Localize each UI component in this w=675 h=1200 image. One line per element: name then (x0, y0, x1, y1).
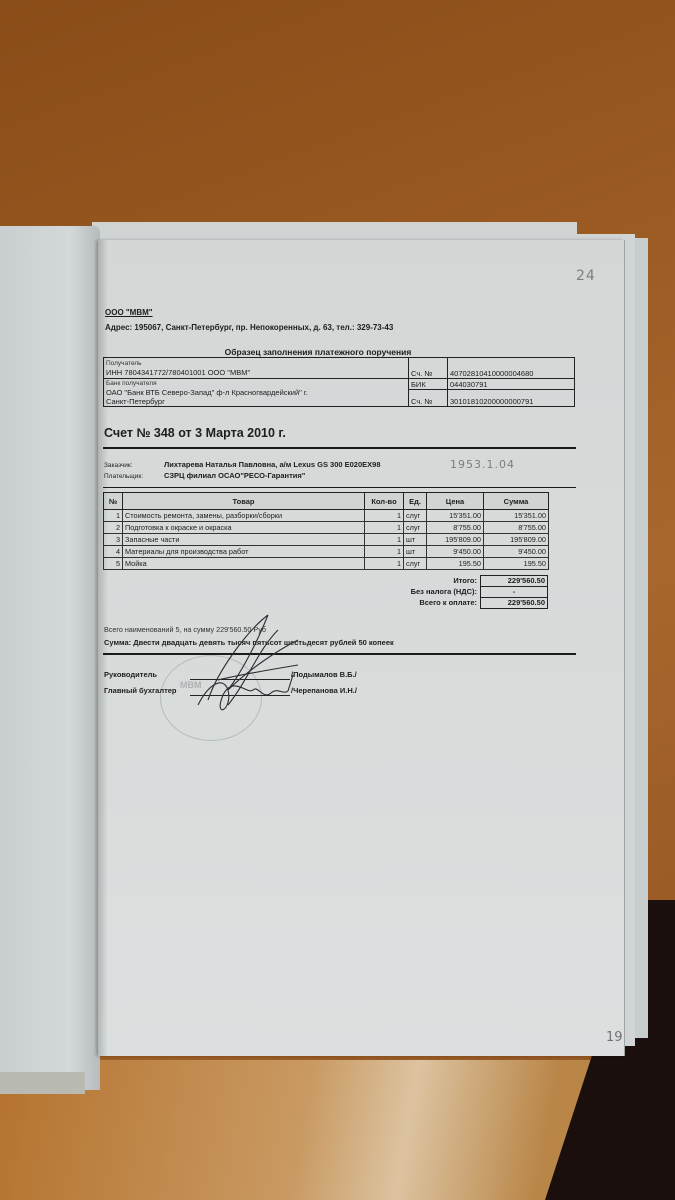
table-row: 3Запасные части1шт195'809.00195'809.00 (104, 534, 549, 546)
row-price: 9'450.00 (427, 546, 484, 558)
accountant-signature (193, 665, 303, 725)
bik-value: 044030791 (448, 379, 575, 390)
row-price: 15'351.00 (427, 510, 484, 522)
row-unit: слуг (404, 558, 427, 570)
page-number: 19 (606, 1030, 623, 1045)
totals-table: Итого: 229'560.50 Без налога (НДС): - Вс… (348, 575, 548, 609)
corr-account-value: 30101810200000000791 (448, 390, 575, 407)
corner-mark-top: 24 (576, 268, 596, 284)
table-row: 4Материалы для производства работ1шт9'45… (104, 546, 549, 558)
grand-total-value: 229'560.50 (481, 598, 548, 609)
bank-value-line1: ОАО "Банк ВТБ Северо-Запад" ф-л Красногв… (106, 388, 406, 397)
divider (103, 487, 576, 488)
row-item-name: Подготовка к окраске и окраска (123, 522, 365, 534)
bank-cell: Банк получателя ОАО "Банк ВТБ Северо-Зап… (104, 379, 409, 407)
corr-account-label: Сч. № (409, 390, 448, 407)
left-page (0, 226, 100, 1090)
row-qty: 1 (365, 510, 404, 522)
bank-value-line2: Санкт-Петербург (106, 397, 406, 406)
table-row: 1Стоимость ремонта, замены, разборки/сбо… (104, 510, 549, 522)
row-sum: 195.50 (484, 558, 549, 570)
divider (103, 653, 576, 655)
row-price: 195.50 (427, 558, 484, 570)
row-item-name: Материалы для производства работ (123, 546, 365, 558)
customer-label: Заказчик: (104, 462, 164, 469)
recipient-value: ИНН 7804341772/780401001 ООО "МВМ" (106, 368, 250, 377)
col-qty: Кол-во (365, 493, 404, 510)
row-unit: слуг (404, 510, 427, 522)
row-unit: шт (404, 546, 427, 558)
account-value: 40702810410000004680 (448, 358, 575, 379)
row-unit: слуг (404, 522, 427, 534)
table-row: 5Мойка1слуг195.50195.50 (104, 558, 549, 570)
divider (103, 447, 576, 449)
row-item-name: Стоимость ремонта, замены, разборки/сбор… (123, 510, 365, 522)
payment-sample-title: Образец заполнения платежного поручения (98, 347, 538, 357)
row-sum: 8'755.00 (484, 522, 549, 534)
row-item-name: Запасные части (123, 534, 365, 546)
items-header-row: № Товар Кол-во Ед. Цена Сумма (104, 493, 549, 510)
customer-line: Заказчик:Лихтарева Наталья Павловна, а/м… (104, 460, 381, 469)
recipient-label: Получатель (106, 359, 406, 368)
recipient-cell: Получатель ИНН 7804341772/780401001 ООО … (104, 358, 409, 379)
customer-value: Лихтарева Наталья Павловна, а/м Lexus GS… (164, 460, 381, 469)
accountant-label: Главный бухгалтер (104, 686, 177, 695)
row-price: 195'809.00 (427, 534, 484, 546)
col-unit: Ед. (404, 493, 427, 510)
left-page-edge (0, 1072, 85, 1094)
handwritten-note: 1953.1.04 (450, 458, 515, 471)
payer-line: Плательщик:СЗРЦ филиал ОСАО"РЕСО-Гаранти… (104, 471, 305, 480)
invoice-title: Счет № 348 от 3 Марта 2010 г. (104, 426, 286, 440)
total-value: 229'560.50 (481, 576, 548, 587)
payer-label: Плательщик: (104, 473, 164, 480)
row-qty: 1 (365, 534, 404, 546)
company-address: Адрес: 195067, Санкт-Петербург, пр. Непо… (105, 323, 393, 332)
total-label: Итого: (348, 576, 481, 587)
row-unit: шт (404, 534, 427, 546)
vat-label: Без налога (НДС): (348, 587, 481, 598)
row-sum: 195'809.00 (484, 534, 549, 546)
company-name: ООО "МВМ" (105, 308, 153, 317)
table-row: 2Подготовка к окраске и окраска1слуг8'75… (104, 522, 549, 534)
row-sum: 15'351.00 (484, 510, 549, 522)
row-sum: 9'450.00 (484, 546, 549, 558)
row-qty: 1 (365, 546, 404, 558)
vat-value: - (481, 587, 548, 598)
director-label: Руководитель (104, 670, 157, 679)
row-price: 8'755.00 (427, 522, 484, 534)
row-qty: 1 (365, 522, 404, 534)
invoice-page: 24 ООО "МВМ" Адрес: 195067, Санкт-Петерб… (98, 240, 624, 1056)
bik-label: БИК (409, 379, 448, 390)
items-table: № Товар Кол-во Ед. Цена Сумма 1Стоимость… (103, 492, 549, 570)
page-fold-shadow (98, 240, 108, 1056)
row-qty: 1 (365, 558, 404, 570)
row-item-name: Мойка (123, 558, 365, 570)
grand-total-label: Всего к оплате: (348, 598, 481, 609)
bank-details-table: Получатель ИНН 7804341772/780401001 ООО … (103, 357, 575, 407)
col-price: Цена (427, 493, 484, 510)
col-item: Товар (123, 493, 365, 510)
bank-label: Банк получателя (106, 379, 406, 388)
payer-value: СЗРЦ филиал ОСАО"РЕСО-Гарантия" (164, 471, 305, 480)
account-label: Сч. № (409, 358, 448, 379)
col-sum: Сумма (484, 493, 549, 510)
